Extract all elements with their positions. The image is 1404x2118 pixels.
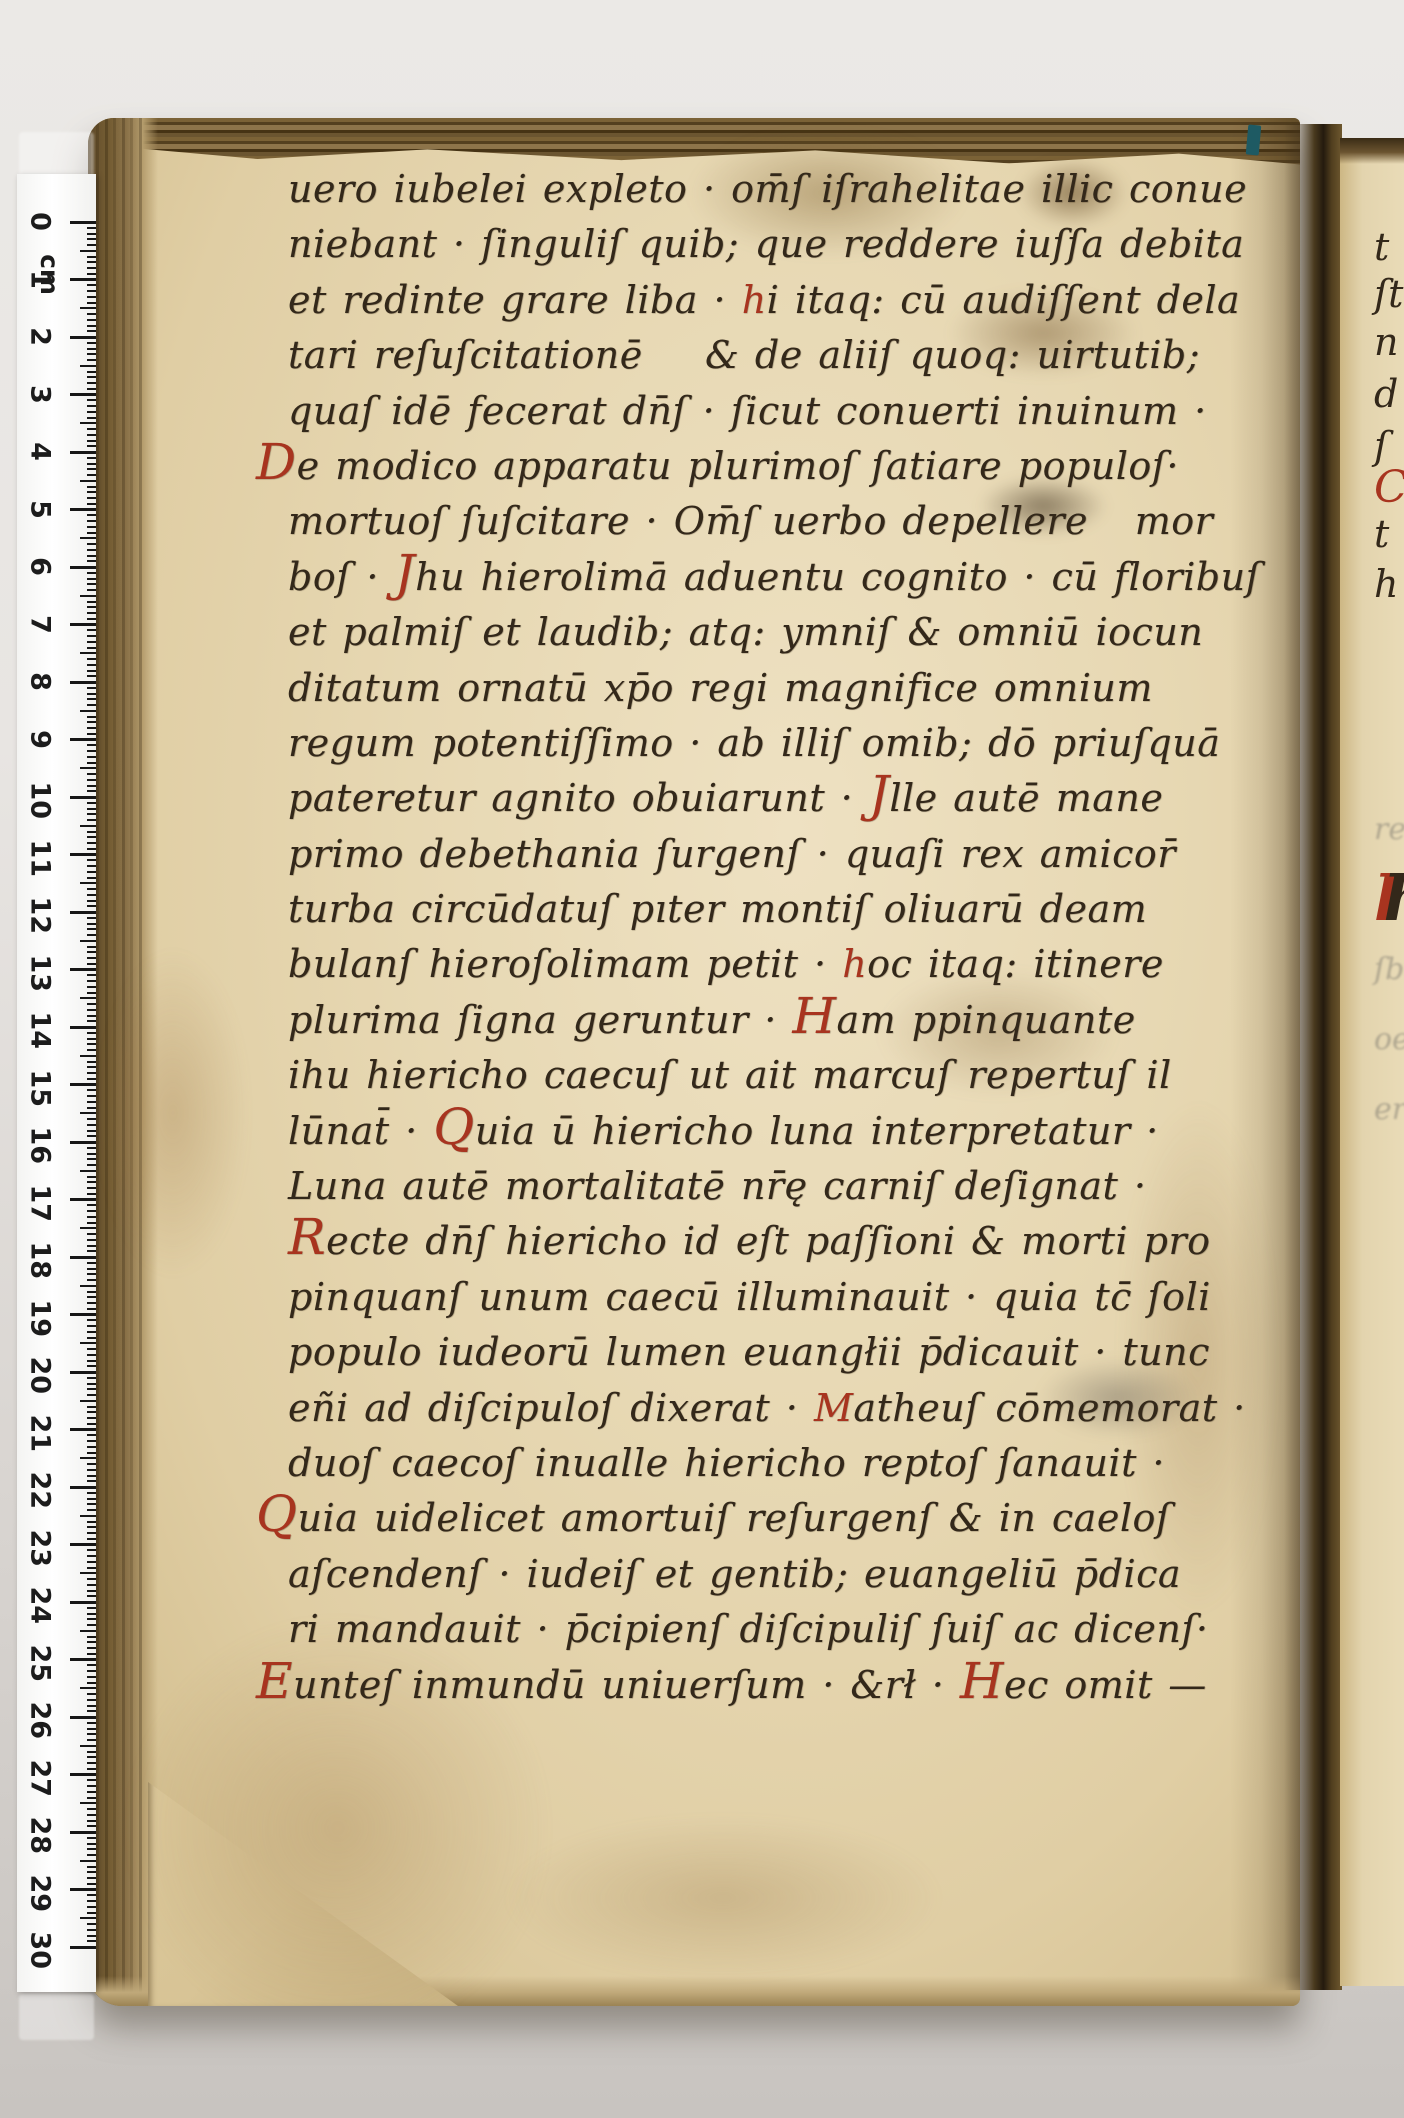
ruler-mm-tick (87, 1797, 96, 1799)
ruler-halfcm-tick (80, 997, 96, 999)
ruler-cm-number: 0 (25, 207, 56, 237)
ruler-mm-tick (87, 1848, 96, 1850)
ruler-mm-tick (87, 1038, 96, 1040)
ruler-cm-number: 15 (25, 1069, 56, 1099)
ruler-mm-tick (87, 675, 96, 677)
ruler-cm-tick (70, 508, 96, 511)
ruler-mm-tick (87, 1814, 96, 1816)
ruler-mm-tick (87, 813, 96, 815)
ruler-mm-tick (87, 1273, 96, 1275)
ruler-mm-tick (87, 1549, 96, 1551)
ruler-mm-tick (87, 698, 96, 700)
ruler-mm-tick (87, 612, 96, 614)
ruler-cm-number: 23 (25, 1529, 56, 1559)
ruler-mm-tick (87, 1325, 96, 1327)
ruler-mm-tick (87, 1130, 96, 1132)
ruler-mm-tick (87, 353, 96, 355)
ruler-mm-tick (87, 1877, 96, 1879)
text-segment: d (1374, 372, 1398, 416)
ruler-mm-tick (87, 1866, 96, 1868)
ruler-mm-tick (87, 1647, 96, 1649)
ruler-mm-tick (87, 1233, 96, 1235)
ruler-mm-tick (87, 1762, 96, 1764)
ruler-halfcm-tick (80, 1170, 96, 1172)
ruler-mm-tick (87, 1664, 96, 1666)
ruler-mm-tick (87, 1555, 96, 1557)
ruler-mm-tick (87, 1618, 96, 1620)
ruler-halfcm-tick (80, 365, 96, 367)
ruler-cm-number: 9 (25, 724, 56, 754)
ruler-mm-tick (87, 1693, 96, 1695)
ruler-cm-number: 30 (25, 1932, 56, 1962)
ruler-mm-tick (87, 267, 96, 269)
ruler-mm-tick (87, 313, 96, 315)
ruler-mm-tick (87, 1699, 96, 1701)
ruler-mm-tick (87, 342, 96, 344)
ruler-mm-tick (87, 894, 96, 896)
ruler-mm-tick (87, 1894, 96, 1896)
facing-page-fragment: t (1374, 225, 1389, 269)
ruler-cm-number: 16 (25, 1127, 56, 1157)
ruler-cm-tick (70, 1428, 96, 1431)
ruler-cm-tick (70, 1888, 96, 1891)
ruler-mm-tick (87, 1480, 96, 1482)
ruler-mm-tick (87, 1768, 96, 1770)
ruler-mm-tick (87, 986, 96, 988)
ruler-mm-tick (87, 1682, 96, 1684)
ruler-mm-tick (87, 923, 96, 925)
ruler-mm-tick (87, 1503, 96, 1505)
facing-page-fragment: Cu (1374, 462, 1404, 513)
ruler-mm-tick (87, 589, 96, 591)
ruler-mm-tick (87, 1072, 96, 1074)
ruler-mm-tick (87, 721, 96, 723)
ruler-mm-tick (87, 842, 96, 844)
ruler-mm-tick (87, 871, 96, 873)
ruler-mm-tick (87, 1710, 96, 1712)
ruler-cm-tick (70, 1083, 96, 1086)
ruler-mm-tick (87, 629, 96, 631)
ruler-mm-tick (87, 1641, 96, 1643)
ruler-mm-tick (87, 1837, 96, 1839)
ruler-mm-tick (87, 549, 96, 551)
ruler-cm-tick (70, 451, 96, 454)
ruler-mm-tick (87, 256, 96, 258)
ruler-cm-tick (70, 911, 96, 914)
ruler-mm-tick (87, 1377, 96, 1379)
ruler-mm-tick (87, 1124, 96, 1126)
ruler-mm-tick (87, 1883, 96, 1885)
ruler-cm-tick (70, 1543, 96, 1546)
ruler-cm-tick (70, 1831, 96, 1834)
facing-page-fragment: ſt (1374, 272, 1403, 316)
ruler-mm-tick (87, 635, 96, 637)
ruler-halfcm-tick (80, 1802, 96, 1804)
ruler-mm-tick (87, 440, 96, 442)
ruler-mm-tick (87, 1302, 96, 1304)
ruler-cm-tick (70, 1486, 96, 1489)
ruler-unit-label: cm (35, 254, 64, 295)
ruler-mm-tick (87, 1153, 96, 1155)
ruler-mm-tick (87, 371, 96, 373)
ruler-cm-number: 7 (25, 609, 56, 639)
ruler-cm-tick (70, 1256, 96, 1259)
ruler-cm-number: 29 (25, 1874, 56, 1904)
ruler-halfcm-tick (80, 595, 96, 597)
ruler-mm-tick (87, 1561, 96, 1563)
ruler-mm-tick (87, 555, 96, 557)
ruler-mm-tick (87, 1854, 96, 1856)
ruler-mm-tick (87, 762, 96, 764)
ruler-mm-tick (87, 1739, 96, 1741)
ruler-mm-tick (87, 1291, 96, 1293)
ruler-mm-tick (87, 1331, 96, 1333)
ruler-mm-tick (87, 296, 96, 298)
ruler-mm-tick (87, 405, 96, 407)
ruler-mm-tick (87, 928, 96, 930)
ruler-mm-tick (87, 1032, 96, 1034)
ruler-mm-tick (87, 1383, 96, 1385)
ruler-cm-number: 25 (25, 1644, 56, 1674)
ruler-mm-tick (87, 1446, 96, 1448)
ruler-mm-tick (87, 905, 96, 907)
text-segment: h (1374, 562, 1398, 606)
ruler-mm-tick (87, 808, 96, 810)
ruler-mm-tick (87, 1670, 96, 1672)
ruler-cm-number: 11 (25, 839, 56, 869)
facing-page-fragment: ſb (1374, 952, 1404, 987)
ruler-mm-tick (87, 572, 96, 574)
ruler-mm-tick (87, 468, 96, 470)
ruler-mm-tick (87, 1526, 96, 1528)
ruler-cm-tick (70, 738, 96, 741)
ruler-mm-tick (87, 1193, 96, 1195)
ruler-halfcm-tick (80, 710, 96, 712)
ruler-mm-tick (87, 359, 96, 361)
text-segment: re (1374, 812, 1404, 847)
ruler-mm-tick (87, 491, 96, 493)
ruler-mm-tick (87, 583, 96, 585)
ruler-mm-tick (87, 445, 96, 447)
ruler-cm-number: 19 (25, 1299, 56, 1329)
ruler-mm-tick (87, 836, 96, 838)
ruler-mm-tick (87, 1871, 96, 1873)
text-segment: oe (1374, 1022, 1404, 1057)
ruler-cm-number: 8 (25, 667, 56, 697)
ruler-mm-tick (87, 1061, 96, 1063)
ruler-halfcm-tick (80, 1860, 96, 1862)
facing-page-fragment: n (1374, 320, 1398, 364)
ruler-mm-tick (87, 1354, 96, 1356)
ruler-mm-tick (87, 974, 96, 976)
ruler-mm-tick (87, 399, 96, 401)
ruler-mm-tick (87, 1158, 96, 1160)
ruler-cm-number: 21 (25, 1414, 56, 1444)
ruler-mm-tick (87, 704, 96, 706)
ruler-mm-tick (87, 785, 96, 787)
ruler-cm-number: 26 (25, 1702, 56, 1732)
ruler-mm-tick (87, 848, 96, 850)
ruler-mm-tick (87, 302, 96, 304)
text-segment: h (1384, 862, 1404, 935)
ruler-mm-tick (87, 1624, 96, 1626)
facing-page-fragment: lh (1374, 862, 1404, 935)
ruler-mm-tick (87, 790, 96, 792)
ruler-mm-tick (87, 877, 96, 879)
ruler-mm-tick (87, 526, 96, 528)
ruler-mm-tick (87, 1676, 96, 1678)
ruler-mm-tick (87, 750, 96, 752)
ruler-cm-tick (70, 1658, 96, 1661)
ruler-mm-tick (87, 1239, 96, 1241)
ruler-mm-tick (87, 951, 96, 953)
ruler-cm-tick (70, 566, 96, 569)
ruler-mm-tick (87, 1423, 96, 1425)
ruler-mm-tick (87, 1348, 96, 1350)
ruler-halfcm-tick (80, 767, 96, 769)
ruler-mm-tick (87, 1440, 96, 1442)
ruler-cm-tick (70, 278, 96, 281)
ruler-mm-tick (87, 1521, 96, 1523)
ruler-cm-number: 12 (25, 897, 56, 927)
ruler-mm-tick (87, 606, 96, 608)
ruler-mm-tick (87, 1164, 96, 1166)
ruler-cm-number: 27 (25, 1759, 56, 1789)
ruler-halfcm-tick (80, 825, 96, 827)
ruler-mm-tick (87, 434, 96, 436)
ruler-mm-tick (87, 376, 96, 378)
ruler-mm-tick (87, 1204, 96, 1206)
ruler-mm-tick (87, 1825, 96, 1827)
ruler-cm-tick (70, 336, 96, 339)
ruler-mm-tick (87, 474, 96, 476)
ruler-mm-tick (87, 1498, 96, 1500)
ruler-cm-number: 17 (25, 1184, 56, 1214)
ruler-mm-tick (87, 1187, 96, 1189)
ruler-mm-tick (87, 1388, 96, 1390)
ruler-mm-tick (87, 1751, 96, 1753)
ruler-mm-tick (87, 1463, 96, 1465)
ruler-halfcm-tick (80, 1342, 96, 1344)
ruler-mm-tick (87, 1613, 96, 1615)
ruler-mm-tick (87, 1722, 96, 1724)
ruler-cm-number: 20 (25, 1357, 56, 1387)
facing-page-fragment: t (1374, 512, 1389, 556)
rubric-initial: C (1374, 462, 1404, 513)
ruler-mm-tick (87, 1469, 96, 1471)
ruler-mm-tick (87, 1590, 96, 1592)
ruler-mm-tick (87, 1607, 96, 1609)
ruler-halfcm-tick (80, 882, 96, 884)
ruler-mm-tick (87, 514, 96, 516)
ruler-mm-tick (87, 687, 96, 689)
ruler-mm-tick (87, 1509, 96, 1511)
ruler-cm-tick (70, 623, 96, 626)
ruler-mm-tick (87, 946, 96, 948)
ruler-mm-tick (87, 1567, 96, 1569)
ruler-mm-tick (87, 802, 96, 804)
ruler-cm-number: 4 (25, 437, 56, 467)
ruler-mm-tick (87, 1452, 96, 1454)
ruler-mm-tick (87, 641, 96, 643)
ruler-mm-tick (87, 1216, 96, 1218)
ruler-mm-tick (87, 1009, 96, 1011)
ruler-mm-tick (87, 1089, 96, 1091)
facing-page-fragment: d (1374, 372, 1398, 416)
ruler-mm-tick (87, 900, 96, 902)
ruler-mm-tick (87, 1417, 96, 1419)
ruler-mm-tick (87, 1406, 96, 1408)
ruler-mm-tick (87, 244, 96, 246)
ruler-mm-tick (87, 330, 96, 332)
ruler-mm-tick (87, 1636, 96, 1638)
ruler-mm-tick (87, 727, 96, 729)
ruler-cm-number: 14 (25, 1012, 56, 1042)
ruler-mm-tick (87, 1394, 96, 1396)
facing-page-fragments: tſtndſCuthrelhſboeer (0, 0, 1404, 2118)
ruler-halfcm-tick (80, 1630, 96, 1632)
ruler-mm-tick (87, 773, 96, 775)
ruler-mm-tick (87, 1538, 96, 1540)
ruler-mm-tick (87, 888, 96, 890)
ruler-mm-tick (87, 744, 96, 746)
ruler-mm-tick (87, 1296, 96, 1298)
ruler-cm-tick (70, 1601, 96, 1604)
ruler-mm-tick (87, 1147, 96, 1149)
ruler-mm-tick (87, 457, 96, 459)
ruler-cm-tick (70, 1198, 96, 1201)
ruler-cm-tick (70, 221, 96, 224)
ruler-halfcm-tick (80, 1285, 96, 1287)
ruler-mm-tick (87, 779, 96, 781)
ruler-cm-number: 6 (25, 552, 56, 582)
ruler-cm-tick (70, 853, 96, 856)
ruler-halfcm-tick (80, 480, 96, 482)
ruler-mm-tick (87, 1532, 96, 1534)
ruler-cm-tick (70, 968, 96, 971)
ruler-mm-tick (87, 1222, 96, 1224)
ruler-mm-tick (87, 284, 96, 286)
ruler-halfcm-tick (80, 1687, 96, 1689)
ruler-mm-tick (87, 992, 96, 994)
ruler-mm-tick (87, 917, 96, 919)
ruler-mm-tick (87, 503, 96, 505)
ruler-mm-tick (87, 1843, 96, 1845)
ruler-halfcm-tick (80, 307, 96, 309)
ruler-mm-tick (87, 1365, 96, 1367)
ruler-mm-tick (87, 1337, 96, 1339)
ruler-mm-tick (87, 1095, 96, 1097)
ruler-cm-number: 13 (25, 954, 56, 984)
ruler-halfcm-tick (80, 537, 96, 539)
ruler-mm-tick (87, 261, 96, 263)
ruler-mm-tick (87, 670, 96, 672)
ruler-mm-tick (87, 1475, 96, 1477)
text-segment: n (1374, 320, 1398, 364)
ruler-mm-tick (87, 1923, 96, 1925)
ruler-mm-tick (87, 1820, 96, 1822)
ruler-cm-number: 2 (25, 322, 56, 352)
ruler-cm-tick (70, 1026, 96, 1029)
ruler-mm-tick (87, 1733, 96, 1735)
cm-ruler: 0123456789101112131415161718192021222324… (15, 148, 98, 2044)
facing-page-fragment: h (1374, 562, 1398, 606)
ruler-mm-tick (87, 1262, 96, 1264)
ruler-halfcm-tick (80, 652, 96, 654)
ruler-mm-tick (87, 348, 96, 350)
ruler-mm-tick (87, 733, 96, 735)
ruler-halfcm-tick (80, 1572, 96, 1574)
ruler-mm-tick (87, 1779, 96, 1781)
ruler-cm-number: 22 (25, 1472, 56, 1502)
ruler-mm-tick (87, 1940, 96, 1942)
ruler-mm-tick (87, 560, 96, 562)
ruler-mm-tick (87, 664, 96, 666)
ruler-mm-tick (87, 1250, 96, 1252)
facing-page-fragment: oe (1374, 1022, 1404, 1057)
ruler-mm-tick (87, 865, 96, 867)
ruler-mm-tick (87, 831, 96, 833)
text-segment: t (1374, 512, 1389, 556)
ruler-mm-tick (87, 1210, 96, 1212)
ruler-mm-tick (87, 957, 96, 959)
ruler-mm-tick (87, 486, 96, 488)
ruler-mm-tick (87, 1756, 96, 1758)
ruler-mm-tick (87, 1066, 96, 1068)
text-segment: ſt (1374, 272, 1403, 316)
ruler-mm-tick (87, 1020, 96, 1022)
ruler-mm-tick (87, 238, 96, 240)
ruler-mm-tick (87, 1319, 96, 1321)
ruler-mm-tick (87, 658, 96, 660)
ruler-mm-tick (87, 1078, 96, 1080)
ruler-mm-tick (87, 1268, 96, 1270)
ruler-mm-tick (87, 417, 96, 419)
ruler-mm-tick (87, 756, 96, 758)
ruler-halfcm-tick (80, 1457, 96, 1459)
ruler-mm-tick (87, 1003, 96, 1005)
ruler-mm-tick (87, 411, 96, 413)
ruler-mm-tick (87, 1101, 96, 1103)
ruler-mm-tick (87, 325, 96, 327)
ruler-mm-tick (87, 1107, 96, 1109)
ruler-clear-tab-top (19, 132, 94, 178)
ruler-halfcm-tick (80, 940, 96, 942)
ruler-halfcm-tick (80, 1400, 96, 1402)
ruler-mm-tick (87, 1043, 96, 1045)
text-segment: ſb (1374, 952, 1404, 987)
ruler-mm-tick (87, 273, 96, 275)
ruler-cm-tick (70, 1371, 96, 1374)
ruler-cm-tick (70, 1946, 96, 1949)
ruler-mm-tick (87, 1595, 96, 1597)
ruler-mm-tick (87, 1279, 96, 1281)
ruler-mm-tick (87, 1578, 96, 1580)
bookmark-ribbon (1246, 124, 1262, 155)
ruler-cm-number: 3 (25, 379, 56, 409)
ruler-cm-number: 10 (25, 782, 56, 812)
ruler-mm-tick (87, 716, 96, 718)
ruler-mm-tick (87, 1705, 96, 1707)
ruler-mm-tick (87, 1935, 96, 1937)
ruler-mm-tick (87, 693, 96, 695)
ruler-mm-tick (87, 859, 96, 861)
ruler-mm-tick (87, 647, 96, 649)
facing-page-fragment: er (1374, 1092, 1404, 1127)
ruler-mm-tick (87, 388, 96, 390)
ruler-mm-tick (87, 1118, 96, 1120)
ruler-cm-tick (70, 796, 96, 799)
